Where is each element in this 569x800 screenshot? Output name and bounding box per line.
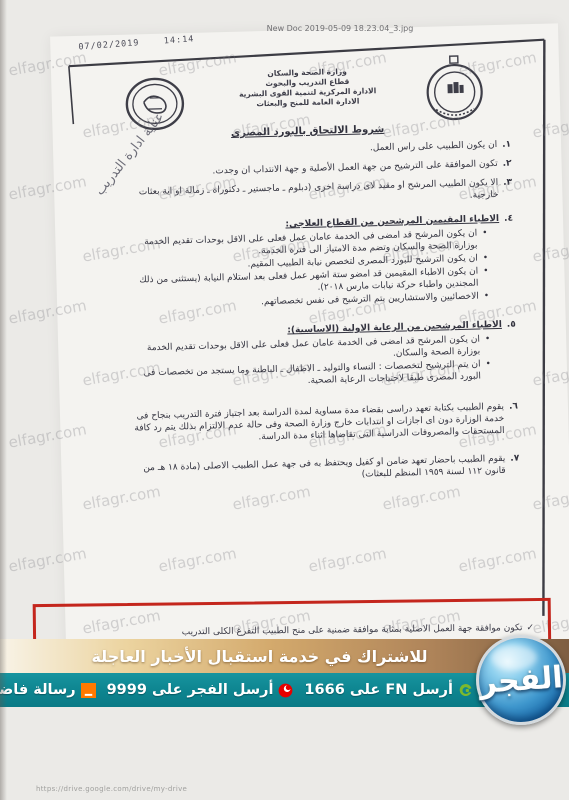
item-body: الاطباء المقيمين المرشحين من القطاع العل… — [121, 213, 501, 313]
bullet-dot-icon: • — [485, 358, 491, 382]
item-text: ان يكون الطبيب على راس العمل. — [370, 140, 497, 153]
item-number: ٢. — [502, 158, 511, 170]
footer-url: https://drive.google.com/drive/my-drive — [36, 785, 187, 793]
bullet-dot-icon: • — [483, 265, 489, 289]
sms-segment-text: أرسل FN على 1666 — [304, 682, 453, 698]
elfagr-globe-icon: الفجر — [476, 635, 566, 725]
item-text: الا يكون الطبيب المرشح او مقيد لاى دراسة… — [139, 178, 499, 201]
sms-segment: أرسل الفجر على 9999 — [107, 682, 294, 698]
letterhead: وزارة الصحة والسكان قطاع التدريب والبحوث… — [219, 66, 396, 111]
bullet-dot-icon: • — [484, 290, 490, 302]
scanned-document: 07/02/2019 14:14 — [50, 23, 569, 661]
sms-segment-text: رسالة فاضية على4529 — [0, 682, 76, 698]
highlight-note: تكون موافقة جهة العمل الاصلية بمثابة موا… — [182, 623, 523, 637]
item-body: يقوم الطبيب باحضار تعهد ضامن او كفيل ويح… — [127, 453, 506, 487]
doc-list-item: ٢.تكون الموافقة على الترشيح من جهة العمل… — [120, 158, 512, 180]
item-text: تكون الموافقة على الترشيح من جهة العمل ا… — [212, 159, 497, 176]
item-number: ٧. — [510, 453, 520, 477]
item-body: يقوم الطبيب بكتابة تعهد دراسى بقضاء مدة … — [126, 401, 505, 447]
sms-segment: رسالة فاضية على4529 — [0, 682, 96, 698]
doc-list-item: ٧.يقوم الطبيب باحضار تعهد ضامن او كفيل و… — [127, 453, 519, 487]
item-body: تكون الموافقة على الترشيح من جهة العمل ا… — [212, 158, 498, 177]
orange-icon — [81, 683, 96, 698]
item-number: ٥. — [507, 319, 518, 383]
sms-segment-text: أرسل الفجر على 9999 — [107, 682, 274, 698]
doc-list-item: ٣.الا يكون الطبيب المرشح او مقيد لاى درا… — [120, 177, 512, 211]
scan-edge-shadow — [0, 0, 7, 800]
doc-list-item: ٦.يقوم الطبيب بكتابة تعهد دراسى بقضاء مد… — [126, 401, 519, 447]
ministry-emblem-icon — [423, 53, 487, 127]
item-bullets: •ان يكون المرشح قد امضى فى الخدمة عامان … — [124, 333, 491, 392]
elfagr-logo-text: الفجر — [476, 635, 566, 725]
bullet-dot-icon: • — [485, 333, 491, 357]
bullet-dot-icon: • — [482, 227, 488, 251]
banner-top-text: للاشتراك في خدمة استقبال الأخبار العاجلة — [80, 639, 439, 673]
item-body: ان يكون الطبيب على راس العمل. — [370, 139, 497, 154]
item-bullets: •ان يكون المرشح قد امضى فى الخدمة عامان … — [121, 227, 489, 312]
sms-segment: أرسل FN على 1666 — [304, 682, 473, 698]
item-text: يقوم الطبيب باحضار تعهد ضامن او كفيل ويح… — [143, 454, 506, 480]
screenshot-page: New Doc 2019-05-09 18.23.04_3.jpg 07/02/… — [0, 0, 569, 800]
scan-filename: New Doc 2019-05-09 18.23.04_3.jpg — [235, 24, 445, 33]
bullet-dot-icon: • — [483, 252, 489, 264]
check-mark-icon: ✓ — [526, 623, 534, 633]
item-body: الا يكون الطبيب المرشح او مقيد لاى دراسة… — [120, 177, 499, 211]
item-number: ٦. — [509, 401, 519, 437]
doc-list-item: ٥.الاطباء المرشحين من الرعاية الاولية (ا… — [124, 319, 518, 393]
item-text: يقوم الطبيب بكتابة تعهد دراسى بقضاء مدة … — [134, 402, 504, 442]
elfagr-logo: الفجر — [476, 635, 566, 725]
doc-list: ١.ان يكون الطبيب على راس العمل.٢.تكون ال… — [119, 139, 520, 494]
vodafone-icon — [278, 683, 293, 698]
item-number: ٣. — [503, 177, 513, 201]
item-number: ١. — [502, 139, 511, 151]
highlight-text: ✓تكون موافقة جهة العمل الاصلية بمثابة مو… — [44, 623, 534, 639]
etisalat-icon — [458, 683, 473, 698]
item-body: الاطباء المرشحين من الرعاية الاولية (الا… — [124, 319, 504, 393]
doc-list-item: ٤.الاطباء المقيمين المرشحين من القطاع ال… — [121, 213, 515, 313]
